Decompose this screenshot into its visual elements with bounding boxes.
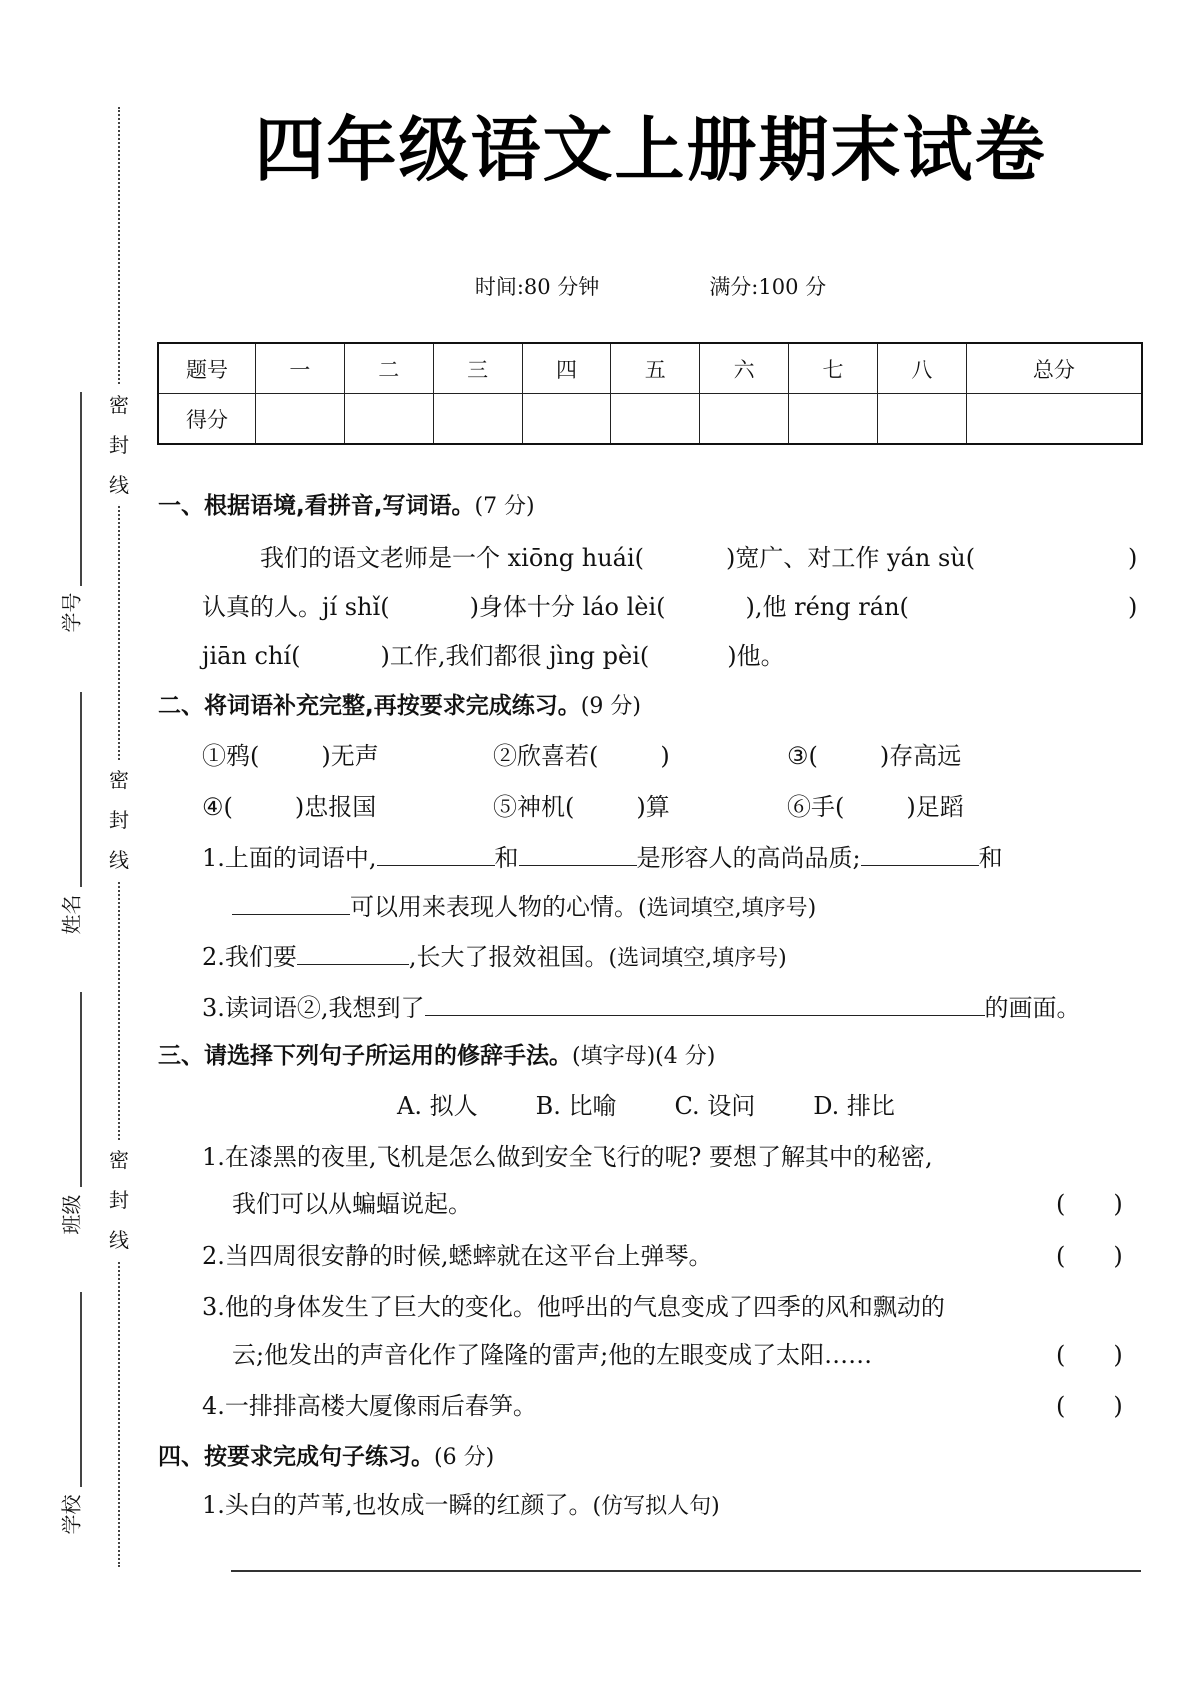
time-limit: 时间:80 分钟 — [475, 272, 599, 302]
score-cell[interactable] — [522, 394, 611, 445]
text: )算 — [636, 793, 669, 821]
idiom-option-4: ④()忠报国 — [202, 789, 376, 825]
seal-char: 线 — [107, 465, 131, 505]
score-table: 题号 一 二 三 四 五 六 七 八 总分 得分 — [157, 342, 1143, 445]
section4-heading: 四、按要求完成句子练习。(6 分) — [158, 1439, 494, 1476]
text: ③( — [787, 742, 818, 770]
score-cell[interactable] — [611, 394, 700, 445]
text: )存高远 — [880, 742, 961, 770]
seal-char: 密 — [107, 760, 131, 800]
text: )足蹈 — [906, 793, 963, 821]
section2-q1: 1.上面的词语中,和是形容人的高尚品质;和 — [202, 839, 1003, 876]
score-cell[interactable] — [789, 394, 878, 445]
text: 认真的人。jí shǐ( — [202, 593, 390, 621]
text: ),他 réng rán( — [746, 593, 909, 621]
section3-q2: 2.当四周很安静的时候,蟋蟀就在这平台上弹琴。 — [202, 1238, 713, 1274]
seal-char: 密 — [107, 385, 131, 425]
text: 可以用来表现人物的心情。 — [350, 893, 638, 921]
answer-blank[interactable] — [232, 888, 350, 915]
score-table-score-row: 得分 — [158, 394, 1142, 445]
rhetoric-choices: A. 拟人B. 比喻C. 设问D. 排比 — [397, 1088, 895, 1124]
section3-q1-cont: 我们可以从蝙蝠说起。 — [232, 1186, 472, 1222]
idiom-option-6: ⑥手()足蹈 — [787, 789, 964, 825]
section3-q1: 1.在漆黑的夜里,飞机是怎么做到安全飞行的呢? 要想了解其中的秘密, — [202, 1139, 933, 1175]
section1-line1: 我们的语文老师是一个 xiōng huái()宽广、对工作 yán sù( — [260, 540, 975, 576]
note: (选词填空,填序号) — [609, 946, 787, 971]
text: ,长大了报效祖国。 — [409, 943, 609, 971]
text: 是形容人的高尚品质; — [637, 844, 861, 872]
text: ②欣喜若( — [493, 742, 598, 770]
score-table-header-row: 题号 一 二 三 四 五 六 七 八 总分 — [158, 343, 1142, 394]
choice-a: A. 拟人 — [397, 1092, 478, 1120]
note: (选词填空,填序号) — [638, 896, 816, 921]
seal-char: 封 — [107, 1180, 131, 1220]
section2-q1-cont: 可以用来表现人物的心情。(选词填空,填序号) — [232, 888, 816, 927]
exam-meta: 时间:80 分钟满分:100 分 — [0, 272, 1191, 302]
idiom-option-3: ③()存高远 — [787, 738, 961, 774]
paren-close: ) — [1128, 589, 1137, 625]
column-header: 二 — [344, 343, 433, 394]
text: 我们的语文老师是一个 xiōng huái( — [260, 544, 644, 572]
section1-title: 一、根据语境,看拼音,写词语。 — [158, 493, 474, 519]
text: )无声 — [321, 742, 378, 770]
text: 1.上面的词语中, — [202, 844, 377, 872]
school-label: 学校 — [56, 1495, 85, 1535]
choice-d: D. 排比 — [813, 1092, 895, 1120]
seal-label: 密 封 线 — [107, 385, 131, 505]
seal-char: 封 — [107, 800, 131, 840]
column-header: 五 — [611, 343, 700, 394]
answer-paren[interactable]: ( ) — [1056, 1388, 1123, 1424]
text: ①鸦( — [202, 742, 259, 770]
answer-blank[interactable] — [519, 839, 637, 866]
score-cell[interactable] — [700, 394, 789, 445]
section4-q1: 1.头白的芦苇,也妆成一瞬的红颜了。(仿写拟人句) — [202, 1487, 720, 1525]
text: )宽广、对工作 yán sù( — [726, 544, 975, 572]
page-title: 四年级语文上册期末试卷 — [0, 108, 1191, 192]
idiom-option-2: ②欣喜若() — [493, 738, 670, 774]
choice-c: C. 设问 — [675, 1092, 756, 1120]
answer-blank[interactable] — [425, 989, 985, 1016]
score-cell[interactable] — [256, 394, 345, 445]
section3-q3: 3.他的身体发生了巨大的变化。他呼出的气息变成了四季的风和飘动的 — [202, 1289, 945, 1325]
section2-q2: 2.我们要,长大了报效祖国。(选词填空,填序号) — [202, 938, 787, 977]
seal-label: 密 封 线 — [107, 760, 131, 880]
section3-title: 三、请选择下列句子所运用的修辞手法。 — [158, 1043, 572, 1069]
seal-char: 密 — [107, 1140, 131, 1180]
section1-points: (7 分) — [474, 494, 534, 519]
class-field-line[interactable] — [80, 992, 82, 1187]
section3-heading: 三、请选择下列句子所运用的修辞手法。(填字母)(4 分) — [158, 1038, 715, 1075]
column-header: 四 — [522, 343, 611, 394]
seal-label: 密 封 线 — [107, 1140, 131, 1260]
column-header: 三 — [433, 343, 522, 394]
paren-close: ) — [1128, 540, 1137, 576]
section4-points: (6 分) — [434, 1445, 494, 1470]
column-header-total: 总分 — [966, 343, 1142, 394]
section2-q3: 3.读词语②,我想到了的画面。 — [202, 989, 1081, 1026]
section2-title: 二、将词语补充完整,再按要求完成练习。 — [158, 693, 581, 719]
text: 和 — [979, 844, 1003, 872]
class-label: 班级 — [56, 1195, 85, 1235]
section4-title: 四、按要求完成句子练习。 — [158, 1444, 434, 1470]
name-label: 姓名 — [56, 895, 85, 935]
score-label: 得分 — [158, 394, 256, 445]
name-field-line[interactable] — [80, 692, 82, 887]
seal-char: 封 — [107, 425, 131, 465]
section1-line3: jiān chí()工作,我们都很 jìng pèi()他。 — [202, 638, 785, 674]
answer-line[interactable] — [231, 1570, 1141, 1572]
text: )身体十分 láo lèi( — [470, 593, 666, 621]
section1-line2: 认真的人。jí shǐ()身体十分 láo lèi(),他 réng rán( — [202, 589, 909, 625]
answer-blank[interactable] — [377, 839, 495, 866]
text: ) — [660, 742, 669, 770]
text: 1.头白的芦苇,也妆成一瞬的红颜了。 — [202, 1491, 593, 1519]
student-id-field-line[interactable] — [80, 392, 82, 586]
section3-q4: 4.一排排高楼大厦像雨后春笋。 — [202, 1388, 537, 1424]
answer-paren[interactable]: ( ) — [1056, 1238, 1123, 1274]
text: ⑥手( — [787, 793, 844, 821]
column-header: 六 — [700, 343, 789, 394]
answer-paren[interactable]: ( ) — [1056, 1337, 1123, 1373]
answer-blank[interactable] — [297, 938, 409, 965]
seal-char: 线 — [107, 840, 131, 880]
answer-blank[interactable] — [861, 839, 979, 866]
text: )工作,我们都很 jìng pèi( — [380, 642, 649, 670]
school-field-line[interactable] — [80, 1292, 82, 1487]
question-number-label: 题号 — [158, 343, 256, 394]
text: jiān chí( — [202, 642, 300, 670]
score-cell[interactable] — [433, 394, 522, 445]
section1-heading: 一、根据语境,看拼音,写词语。(7 分) — [158, 488, 535, 525]
text: ④( — [202, 793, 233, 821]
full-score: 满分:100 分 — [709, 272, 826, 302]
idiom-option-5: ⑤神机()算 — [493, 789, 670, 825]
text: 和 — [495, 844, 519, 872]
idiom-option-1: ①鸦()无声 — [202, 738, 379, 774]
student-id-label: 学号 — [56, 593, 85, 633]
score-cell-total[interactable] — [966, 394, 1142, 445]
note: (仿写拟人句) — [593, 1494, 720, 1519]
score-cell[interactable] — [877, 394, 966, 445]
section3-q3-cont: 云;他发出的声音化作了隆隆的雷声;他的左眼变成了太阳…… — [232, 1337, 872, 1373]
text: 的画面。 — [985, 994, 1081, 1022]
text: ⑤神机( — [493, 793, 574, 821]
text: )他。 — [727, 642, 784, 670]
choice-b: B. 比喻 — [536, 1092, 617, 1120]
section3-points: (填字母)(4 分) — [572, 1044, 715, 1069]
section2-points: (9 分) — [581, 694, 641, 719]
text: 2.我们要 — [202, 943, 297, 971]
score-cell[interactable] — [344, 394, 433, 445]
column-header: 七 — [789, 343, 878, 394]
text: 3.读词语②,我想到了 — [202, 994, 425, 1022]
seal-char: 线 — [107, 1220, 131, 1260]
column-header: 一 — [256, 343, 345, 394]
answer-paren[interactable]: ( ) — [1056, 1186, 1123, 1222]
section2-heading: 二、将词语补充完整,再按要求完成练习。(9 分) — [158, 688, 641, 725]
column-header: 八 — [877, 343, 966, 394]
text: )忠报国 — [295, 793, 376, 821]
